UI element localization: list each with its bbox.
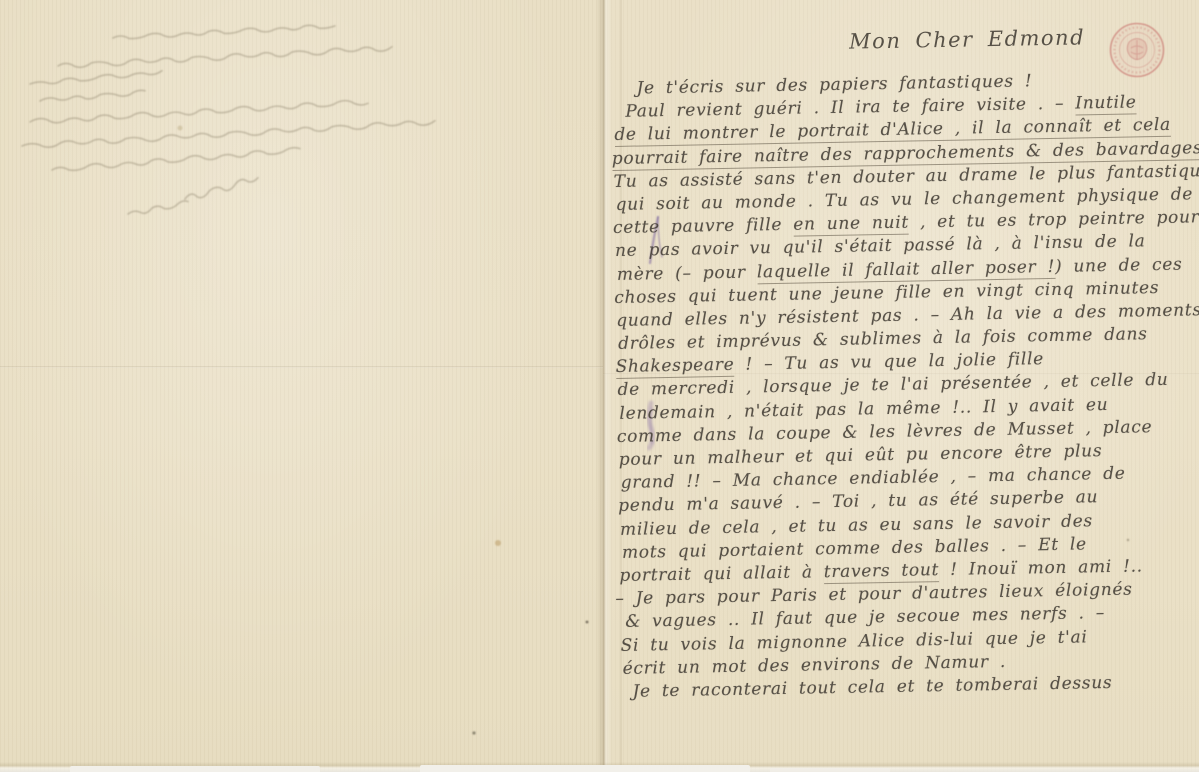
phrase: ! Inouï mon ami !.. — [939, 556, 1143, 580]
horizontal-crease-left — [0, 366, 603, 368]
phrase: mère (– pour — [617, 262, 757, 285]
page-left — [0, 0, 603, 772]
paper-edge-chip — [420, 765, 750, 772]
underlined-phrase: Inutile — [1075, 93, 1137, 116]
letter-salutation: Mon Cher Edmond — [849, 23, 1195, 59]
letter-body: Je t'écris sur des papiers fantastiques … — [612, 67, 1199, 704]
phrase: ! – Tu as vu que la jolie fille — [734, 349, 1044, 375]
phrase: , et tu es trop peintre pour — [909, 207, 1199, 232]
paper-bottom-edge — [0, 762, 1199, 772]
phrase: portrait qui allait à — [619, 562, 824, 586]
phrase: cette pauvre fille — [613, 215, 794, 238]
letter-text-block: Mon Cher Edmond Je t'écris sur des papie… — [611, 23, 1199, 704]
underlined-phrase: Shakespeare — [615, 355, 734, 379]
underlined-phrase: en une nuit — [793, 213, 909, 237]
center-fold-crease — [596, 0, 612, 772]
paper-edge-chip — [70, 766, 320, 772]
underlined-phrase: travers tout — [824, 560, 940, 584]
letter-scan: Mon Cher Edmond Je t'écris sur des papie… — [0, 0, 1199, 772]
phrase: ) une de ces — [1055, 254, 1183, 276]
paper-edge-chip — [770, 768, 890, 772]
